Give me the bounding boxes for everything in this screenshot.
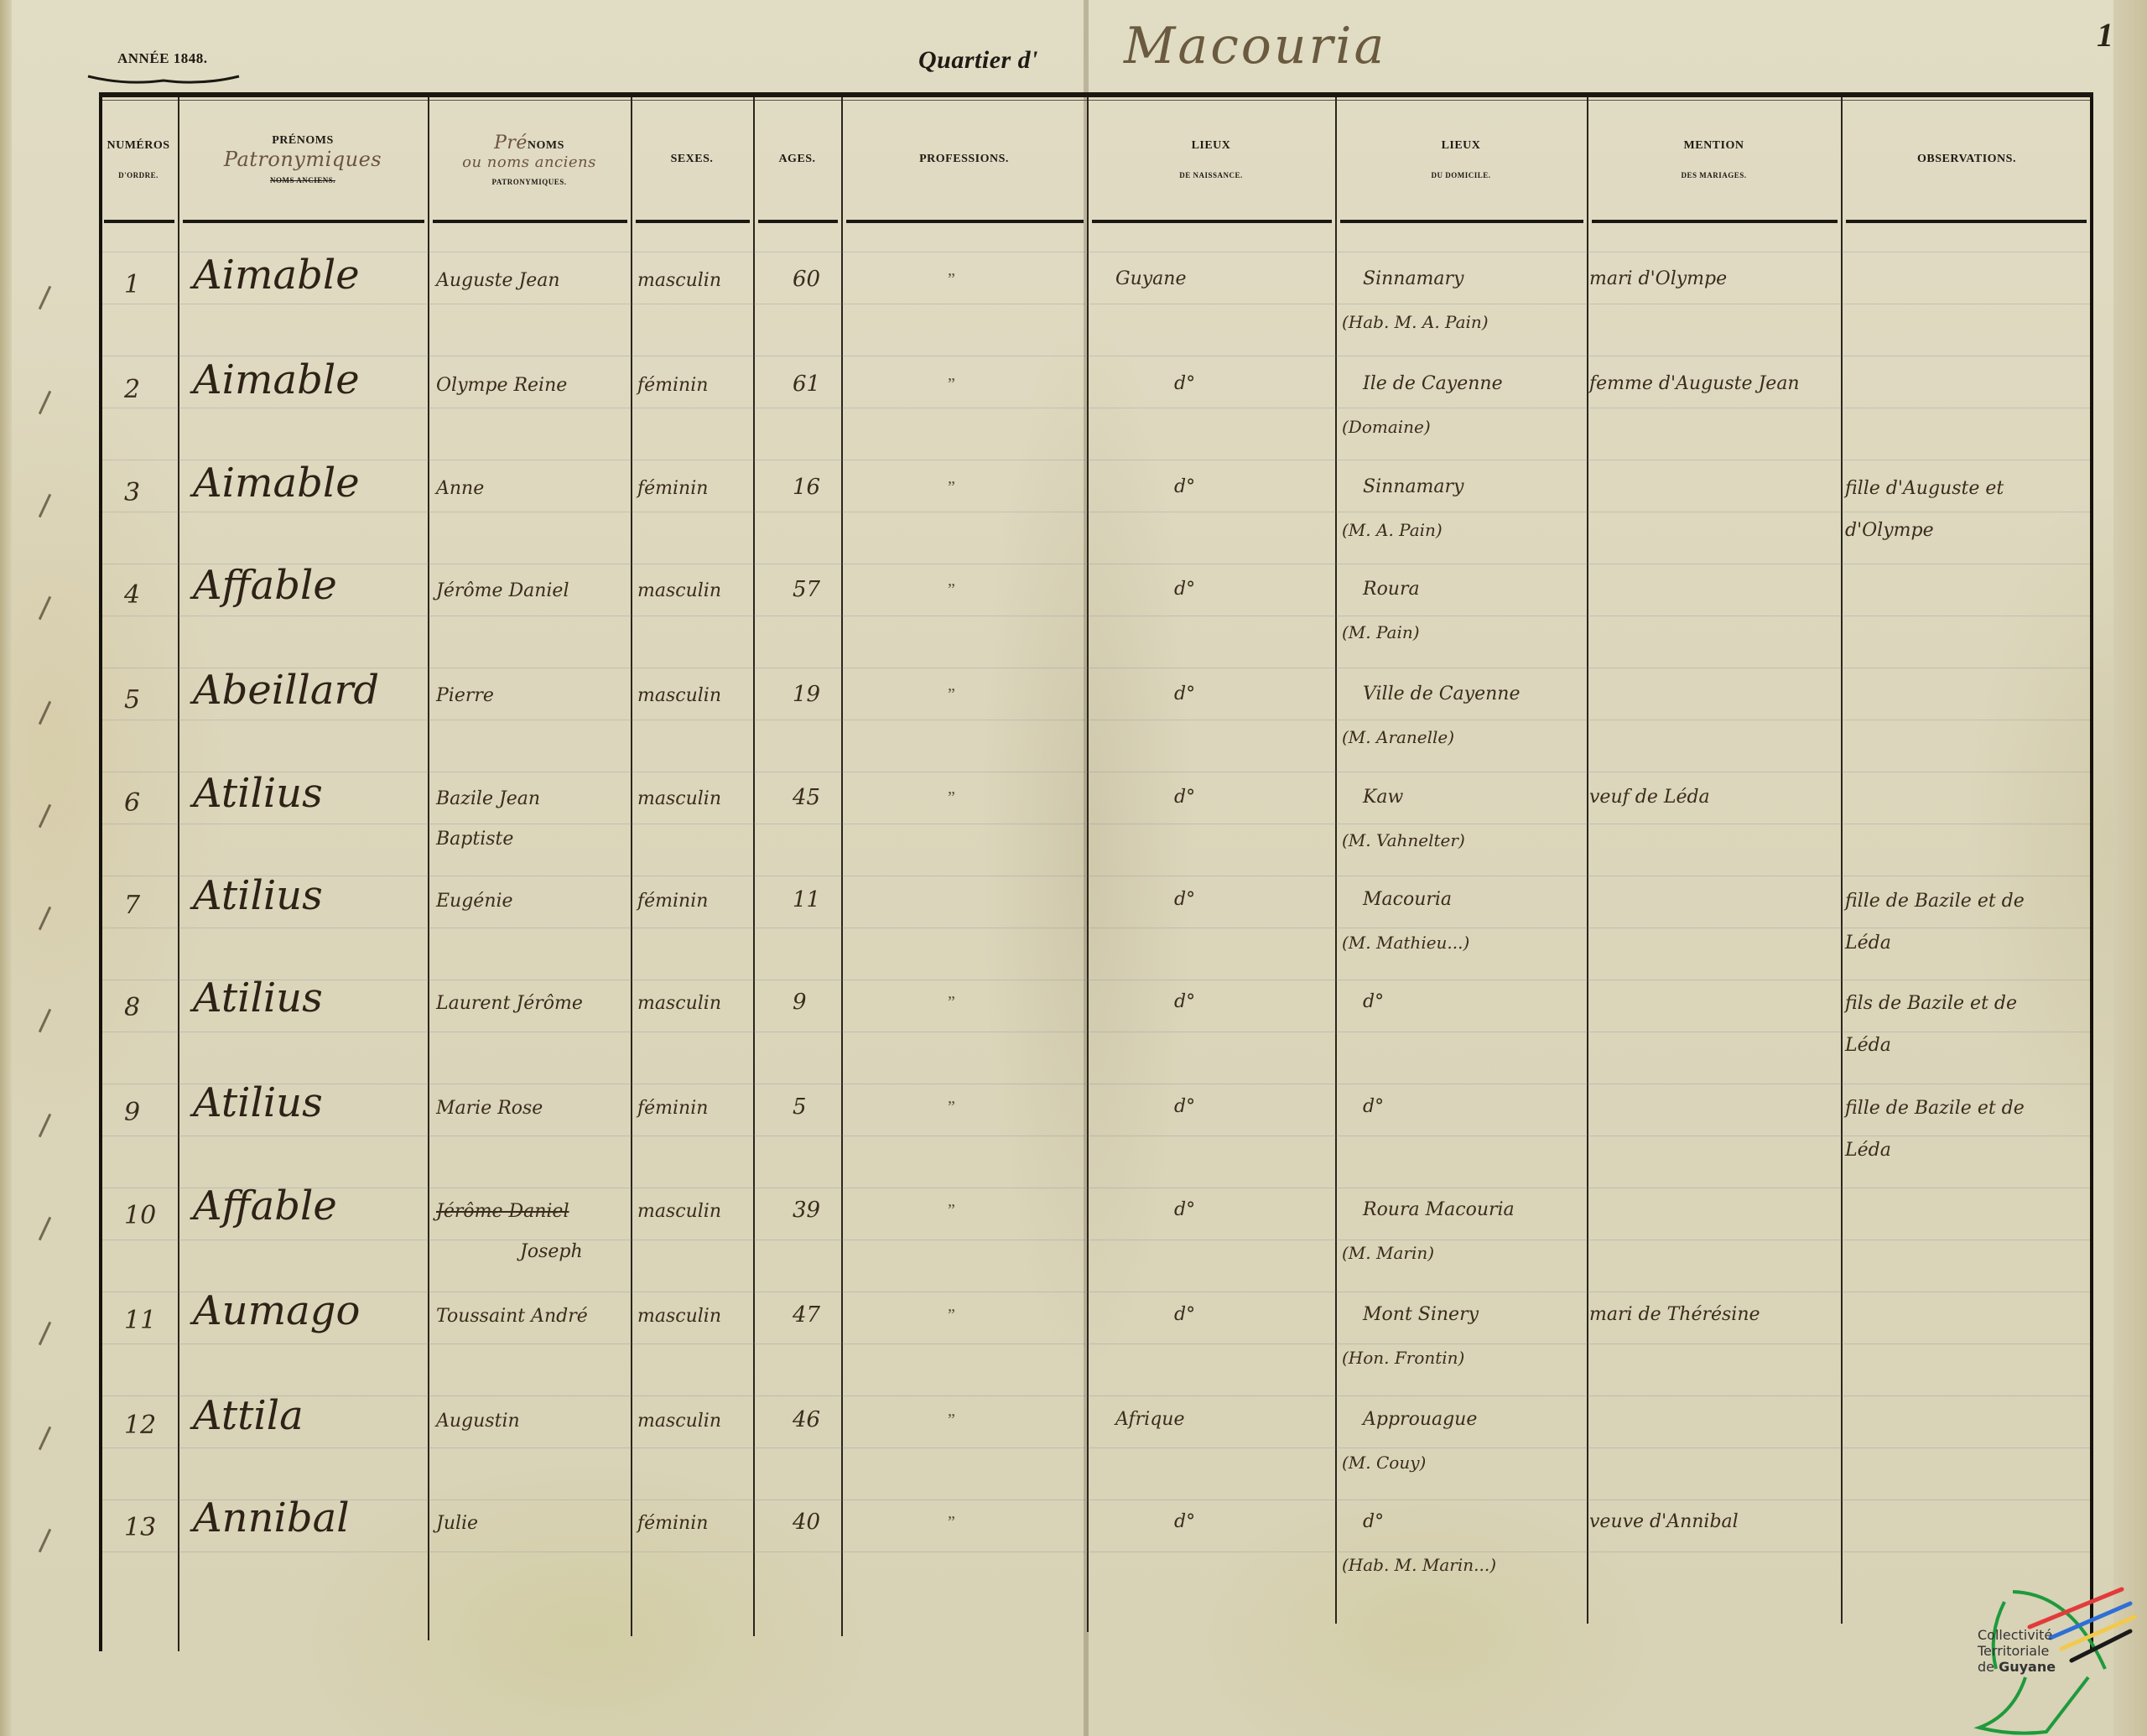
- age: 47: [793, 1302, 820, 1328]
- header-handwritten: Patronymiques: [224, 148, 382, 171]
- header-lieu-domicile: LIEUX DU DOMICILE.: [1335, 101, 1587, 218]
- domicile: Macouria: [1363, 889, 1452, 910]
- column-divider: [631, 97, 632, 1636]
- header-underline: [758, 220, 838, 223]
- surname-patronymique: Abeillard: [193, 667, 379, 714]
- profession-ditto: ”: [948, 270, 955, 289]
- header-handwritten-prefix: Pré: [494, 133, 528, 153]
- domicile: Kaw: [1363, 787, 1403, 808]
- header-text: PRÉNOMS: [272, 134, 334, 148]
- ruled-line: [102, 1551, 2090, 1552]
- ruled-line: [102, 1084, 2090, 1084]
- surname-patronymique: Attila: [193, 1392, 304, 1439]
- birthplace: Afrique: [1115, 1409, 1184, 1430]
- header-text: NOMS: [528, 139, 564, 152]
- column-divider: [428, 97, 429, 1640]
- ruled-line: [102, 1032, 2090, 1032]
- birthplace: d°: [1174, 683, 1195, 704]
- birthplace: d°: [1174, 1511, 1195, 1532]
- marriage-mention: mari d'Olympe: [1589, 268, 1727, 289]
- sex: masculin: [637, 1201, 721, 1222]
- ruled-line: [102, 512, 2090, 512]
- given-name: Eugénie: [436, 891, 513, 912]
- profession-ditto: ”: [948, 1098, 955, 1117]
- marriage-mention: veuve d'Annibal: [1589, 1511, 1739, 1532]
- ruled-line: [102, 1240, 2090, 1240]
- surname-patronymique: Aumago: [193, 1287, 360, 1334]
- ruled-line: [102, 876, 2090, 876]
- row-number: 5: [124, 685, 140, 715]
- profession-ditto: ”: [948, 788, 955, 808]
- logo-line-3: de Guyane: [1978, 1659, 2056, 1675]
- age: 19: [793, 682, 820, 707]
- domicile: Roura Macouria: [1363, 1199, 1515, 1220]
- header-underline: [433, 220, 627, 223]
- ruled-line: [102, 460, 2090, 460]
- sex: masculin: [637, 685, 721, 706]
- header-subtext: DU DOMICILE.: [1431, 171, 1490, 179]
- observation: fils de Bazile et de: [1845, 993, 2017, 1014]
- ruled-line: [102, 1500, 2090, 1500]
- header-underline: [1340, 220, 1583, 223]
- surname-patronymique: Atilius: [193, 1079, 323, 1126]
- quartier-value: Macouria: [1124, 17, 1386, 75]
- given-name: Anne: [436, 478, 484, 499]
- sex: masculin: [637, 580, 721, 601]
- ruled-line: [102, 772, 2090, 772]
- domicile: Ile de Cayenne: [1363, 373, 1503, 394]
- header-underline: [1092, 220, 1332, 223]
- age: 11: [793, 887, 820, 912]
- ruled-line: [102, 564, 2090, 564]
- domicile-detail: (M. Couy): [1342, 1453, 1426, 1473]
- table-top-rule: [99, 92, 2093, 97]
- ruled-line: [102, 252, 2090, 252]
- header-text: PROFESSIONS.: [919, 153, 1009, 166]
- row-number: 7: [124, 891, 140, 920]
- domicile-detail: (M. Mathieu...): [1342, 933, 1469, 953]
- sex: masculin: [637, 788, 721, 809]
- domicile: Sinnamary: [1363, 268, 1463, 289]
- given-name-line-2: Joseph: [520, 1241, 583, 1262]
- given-name-line-2: Baptiste: [436, 829, 513, 850]
- given-name: Bazile Jean: [436, 788, 540, 809]
- logo-line-3-bold: Guyane: [1999, 1659, 2056, 1675]
- header-subtext: DES MARIAGES.: [1681, 171, 1746, 179]
- header-underline: [1592, 220, 1838, 223]
- surname-patronymique: Atilius: [193, 975, 323, 1021]
- sex: féminin: [637, 1513, 708, 1534]
- year-label: ANNÉE 1848.: [117, 50, 208, 67]
- row-number: 2: [124, 375, 140, 404]
- observation-line-2: Léda: [1845, 1035, 1891, 1056]
- birthplace: d°: [1174, 476, 1195, 497]
- header-text: LIEUX: [1442, 139, 1481, 153]
- profession-ditto: ”: [948, 1201, 955, 1220]
- flourish-ornament: [84, 74, 243, 86]
- ruled-line: [102, 1448, 2090, 1448]
- row-number: 9: [124, 1098, 140, 1127]
- surname-patronymique: Aimable: [193, 460, 360, 507]
- page-number: 1: [2097, 15, 2113, 55]
- domicile: Roura: [1363, 579, 1420, 600]
- birthplace: d°: [1174, 787, 1195, 808]
- domicile: d°: [1363, 1096, 1384, 1117]
- age: 16: [793, 475, 820, 500]
- column-divider: [1841, 97, 1843, 1624]
- header-text: AGES.: [778, 153, 815, 166]
- domicile-detail: (M. Aranelle): [1342, 727, 1454, 747]
- domicile: d°: [1363, 991, 1384, 1012]
- column-divider: [753, 97, 755, 1636]
- observation: fille de Bazile et de: [1845, 1098, 2025, 1119]
- row-number: 1: [124, 270, 140, 299]
- given-name: Auguste Jean: [436, 270, 560, 291]
- profession-ditto: ”: [948, 580, 955, 600]
- row-number: 3: [124, 478, 140, 507]
- ruled-line: [102, 356, 2090, 356]
- given-name: Marie Rose: [436, 1098, 543, 1119]
- given-name: Laurent Jérôme: [436, 993, 583, 1014]
- observation: fille d'Auguste et: [1845, 478, 2004, 499]
- sex: masculin: [637, 993, 721, 1014]
- row-number: 10: [124, 1201, 156, 1230]
- ruled-line: [102, 1136, 2090, 1136]
- age: 5: [793, 1094, 807, 1120]
- ruled-line: [102, 1292, 2090, 1292]
- row-number: 13: [124, 1513, 156, 1542]
- row-number: 12: [124, 1411, 156, 1440]
- given-name: Jérôme Daniel: [436, 1201, 569, 1222]
- column-divider: [1087, 97, 1089, 1632]
- observation-line-2: Léda: [1845, 1140, 1891, 1161]
- ruled-line: [102, 1396, 2090, 1396]
- header-subtext: D'ORDRE.: [118, 171, 159, 179]
- header-observations: OBSERVATIONS.: [1841, 101, 2092, 218]
- ruled-line: [102, 408, 2090, 408]
- header-text: NUMÉROS: [107, 139, 169, 153]
- given-name: Julie: [436, 1513, 478, 1534]
- header-underline: [846, 220, 1084, 223]
- header-text: MENTION: [1684, 139, 1744, 153]
- ruled-line: [102, 616, 2090, 616]
- logo-line-3-prefix: de: [1978, 1659, 1999, 1675]
- header-lieu-naissance: LIEUX DE NAISSANCE.: [1087, 101, 1335, 218]
- logo-line-1: Collectivité: [1978, 1627, 2056, 1643]
- profession-ditto: ”: [948, 478, 955, 497]
- sex: féminin: [637, 375, 708, 396]
- header-underline: [636, 220, 750, 223]
- birthplace: Guyane: [1115, 268, 1186, 289]
- age: 39: [793, 1198, 820, 1223]
- header-sexes: SEXES.: [631, 101, 753, 218]
- ruled-line: [102, 668, 2090, 668]
- profession-ditto: ”: [948, 1306, 955, 1325]
- birthplace: d°: [1174, 1199, 1195, 1220]
- sex: féminin: [637, 1098, 708, 1119]
- sex: masculin: [637, 1306, 721, 1327]
- observation-line-2: Léda: [1845, 933, 1891, 954]
- domicile-detail: (Hon. Frontin): [1342, 1348, 1464, 1368]
- header-text: LIEUX: [1192, 139, 1231, 153]
- domicile-detail: (Hab. M. Marin...): [1342, 1555, 1496, 1575]
- sex: féminin: [637, 478, 708, 499]
- observation-line-2: d'Olympe: [1845, 520, 1934, 541]
- age: 46: [793, 1407, 820, 1432]
- ruled-line: [102, 304, 2090, 304]
- birthplace: d°: [1174, 373, 1195, 394]
- domicile-detail: (M. Vahnelter): [1342, 830, 1465, 850]
- domicile: Sinnamary: [1363, 476, 1463, 497]
- ruled-line: [102, 980, 2090, 980]
- quartier-label: Quartier d': [918, 46, 1038, 75]
- domicile-detail: (M. Pain): [1342, 622, 1420, 642]
- birthplace: d°: [1174, 579, 1195, 600]
- surname-patronymique: Atilius: [193, 872, 323, 919]
- age: 61: [793, 372, 820, 397]
- surname-patronymique: Affable: [193, 562, 337, 609]
- observation: fille de Bazile et de: [1845, 891, 2025, 912]
- sex: masculin: [637, 270, 721, 291]
- profession-ditto: ”: [948, 1411, 955, 1430]
- ruled-line: [102, 720, 2090, 720]
- page-edge-left: [0, 0, 12, 1736]
- age: 57: [793, 577, 820, 602]
- row-number: 6: [124, 788, 140, 818]
- ruled-line: [102, 928, 2090, 928]
- header-underline: [104, 220, 174, 223]
- age: 60: [793, 267, 820, 292]
- column-divider: [1335, 97, 1337, 1624]
- profession-ditto: ”: [948, 1513, 955, 1532]
- ruled-line: [102, 1344, 2090, 1344]
- header-professions: PROFESSIONS.: [841, 101, 1087, 218]
- given-name: Toussaint André: [436, 1306, 588, 1327]
- sex: féminin: [637, 891, 708, 912]
- header-subtext: PATRONYMIQUES.: [492, 178, 567, 186]
- header-prenoms: PréNOMS ou noms anciens PATRONYMIQUES.: [428, 101, 631, 218]
- ruled-line: [102, 1188, 2090, 1188]
- row-number: 8: [124, 993, 140, 1022]
- ruled-line: [102, 824, 2090, 824]
- domicile-detail: (M. Marin): [1342, 1243, 1434, 1263]
- header-patronymiques: PRÉNOMS Patronymiques NOMS ANCIENS.: [178, 101, 428, 218]
- profession-ditto: ”: [948, 685, 955, 704]
- given-name: Olympe Reine: [436, 375, 567, 396]
- row-number: 11: [124, 1306, 156, 1335]
- surname-patronymique: Aimable: [193, 252, 360, 299]
- birthplace: d°: [1174, 889, 1195, 910]
- age: 9: [793, 990, 807, 1015]
- row-number: 4: [124, 580, 140, 610]
- header-text: OBSERVATIONS.: [1917, 153, 2016, 166]
- header-numeros: NUMÉROS D'ORDRE.: [99, 101, 178, 218]
- domicile: Approuague: [1363, 1409, 1477, 1430]
- domicile: Mont Sinery: [1363, 1304, 1479, 1325]
- surname-patronymique: Aimable: [193, 356, 360, 403]
- domicile-detail: (M. A. Pain): [1342, 520, 1443, 540]
- marriage-mention: femme d'Auguste Jean: [1589, 373, 1800, 394]
- sex: masculin: [637, 1411, 721, 1432]
- given-name: Jérôme Daniel: [436, 580, 569, 601]
- logo-line-2: Territoriale: [1978, 1643, 2056, 1659]
- surname-patronymique: Atilius: [193, 770, 323, 817]
- header-subtext: NOMS ANCIENS.: [270, 176, 335, 185]
- header-handwritten: ou noms anciens: [462, 153, 596, 171]
- birthplace: d°: [1174, 1096, 1195, 1117]
- surname-patronymique: Affable: [193, 1182, 337, 1229]
- age: 40: [793, 1510, 820, 1535]
- header-mention-mariages: MENTION DES MARIAGES.: [1587, 101, 1841, 218]
- domicile-detail: (Domaine): [1342, 417, 1431, 437]
- marriage-mention: veuf de Léda: [1589, 787, 1710, 808]
- column-divider: [2090, 97, 2093, 1649]
- logo-text: Collectivité Territoriale de Guyane: [1978, 1627, 2056, 1675]
- header-text: SEXES.: [671, 153, 714, 166]
- column-divider: [841, 97, 843, 1636]
- profession-ditto: ”: [948, 375, 955, 394]
- header-underline: [183, 220, 424, 223]
- header-subtext: DE NAISSANCE.: [1179, 171, 1243, 179]
- surname-patronymique: Annibal: [193, 1494, 350, 1541]
- domicile: Ville de Cayenne: [1363, 683, 1520, 704]
- column-divider: [1587, 97, 1588, 1624]
- page-edge-right: [2113, 0, 2147, 1736]
- header-underline: [1846, 220, 2087, 223]
- given-name: Augustin: [436, 1411, 520, 1432]
- age: 45: [793, 785, 820, 810]
- domicile-detail: (Hab. M. A. Pain): [1342, 312, 1489, 332]
- header-ages: AGES.: [753, 101, 841, 218]
- given-name: Pierre: [436, 685, 494, 706]
- domicile: d°: [1363, 1511, 1384, 1532]
- profession-ditto: ”: [948, 993, 955, 1012]
- birthplace: d°: [1174, 991, 1195, 1012]
- column-divider: [99, 97, 102, 1651]
- marriage-mention: mari de Thérésine: [1589, 1304, 1760, 1325]
- birthplace: d°: [1174, 1304, 1195, 1325]
- column-divider: [178, 97, 179, 1651]
